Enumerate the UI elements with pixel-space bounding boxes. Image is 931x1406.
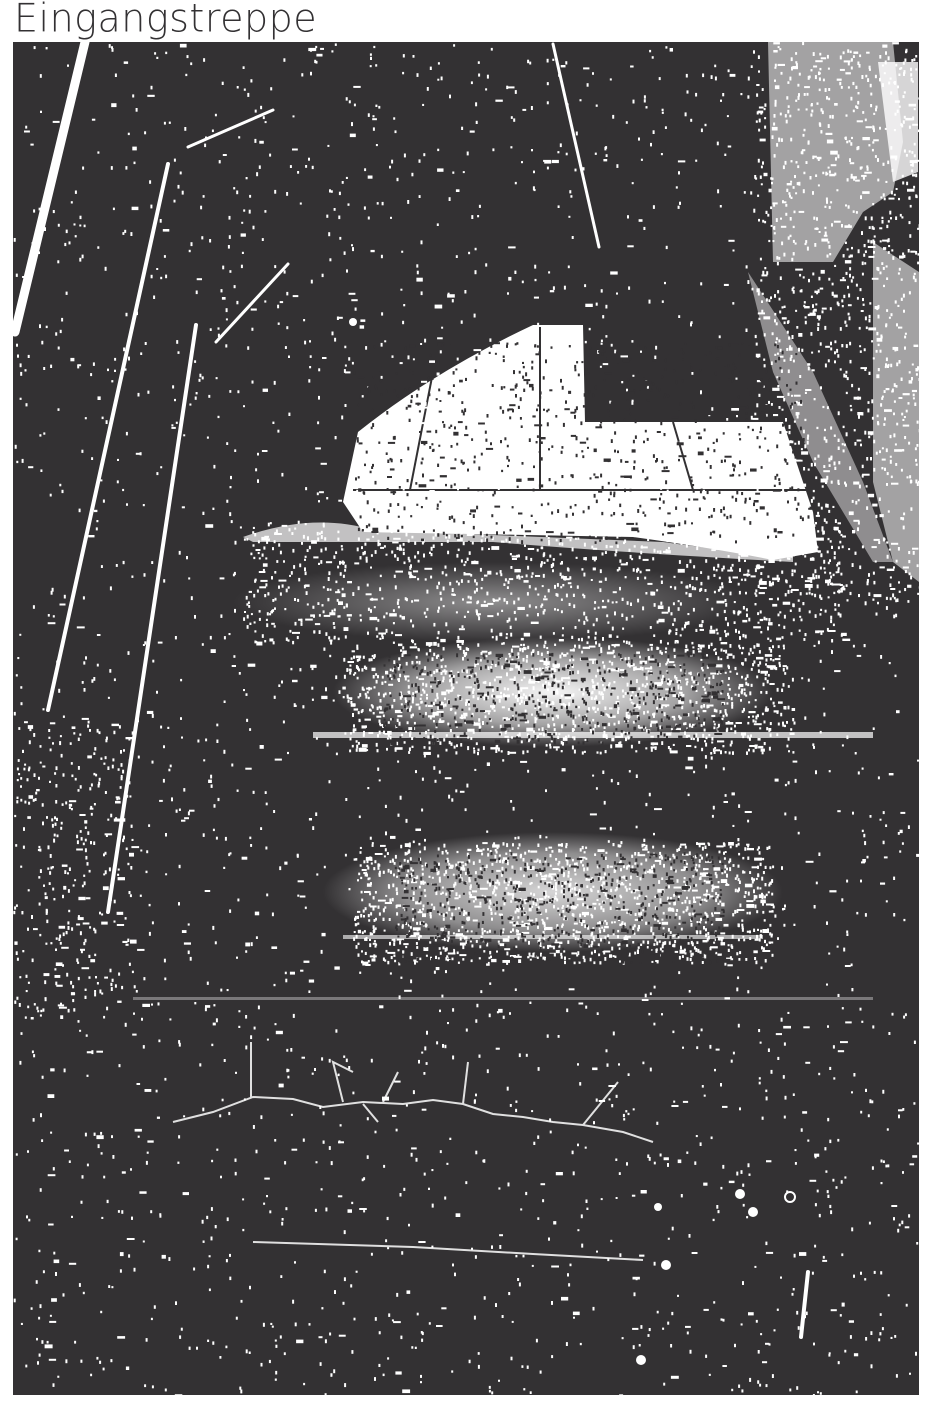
step-4-edge — [133, 997, 873, 1000]
step-cracks — [173, 1042, 653, 1260]
staircase-photo-drawing — [13, 42, 919, 1395]
staircase-photo — [13, 42, 919, 1395]
landing-light-area — [243, 325, 818, 562]
step-3-light-patch — [323, 832, 783, 952]
photo-caption-title: Eingangstreppe — [14, 0, 317, 42]
